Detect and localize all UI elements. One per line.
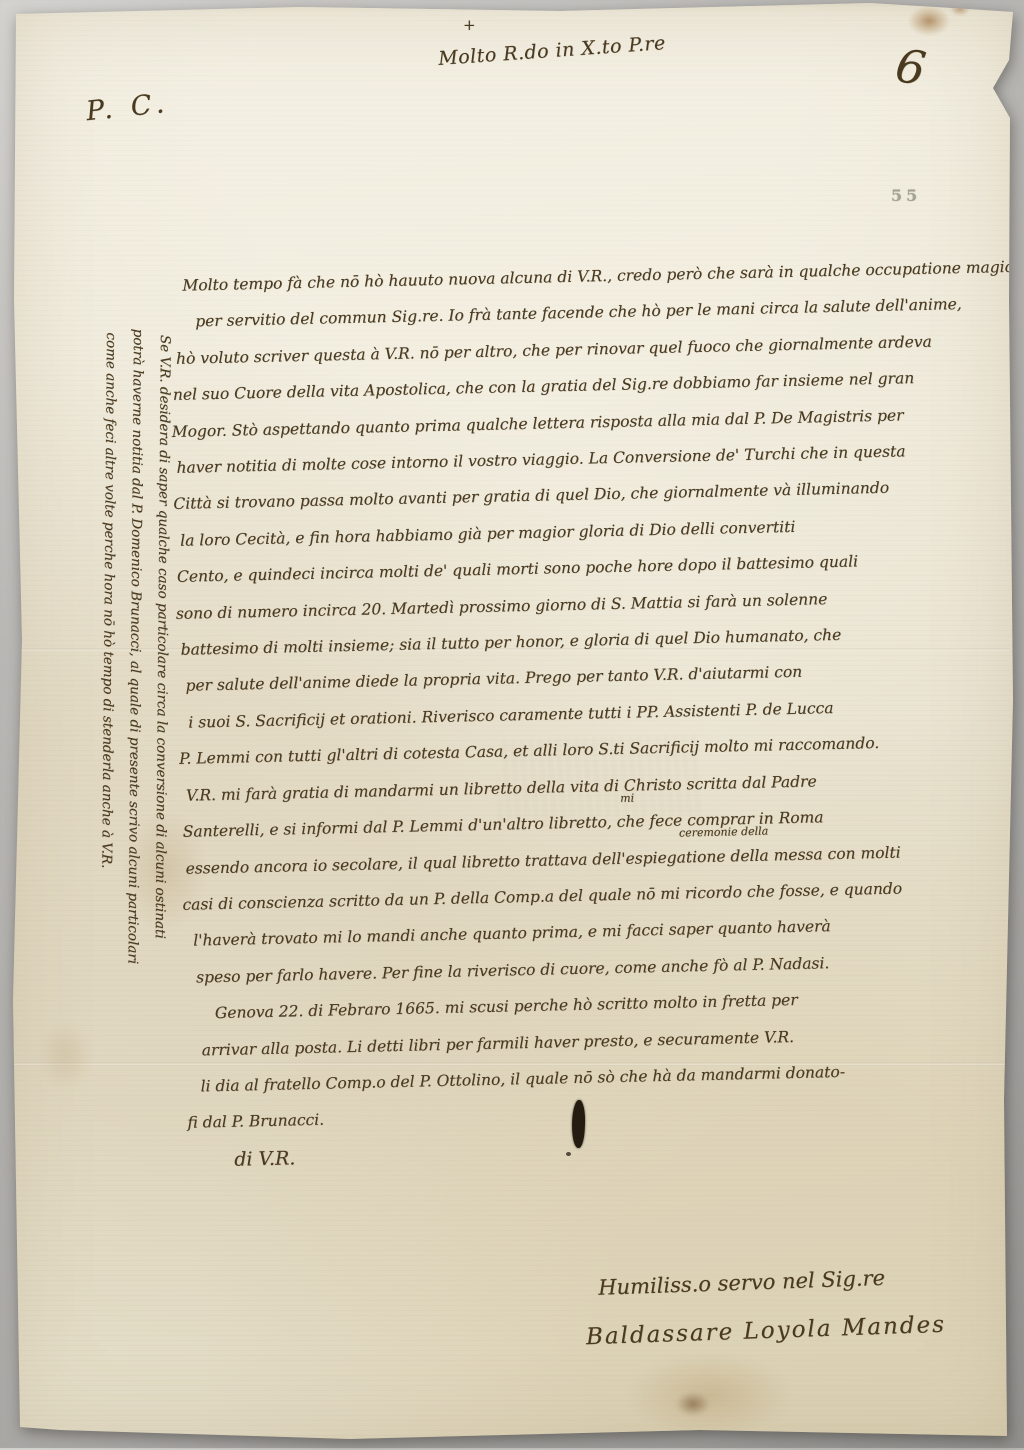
stain-top-right-small: [950, 2, 970, 16]
closing-salute: Humiliss.o servo nel Sig.re: [598, 1264, 945, 1300]
stain-top-right: [908, 6, 950, 36]
edge-mark: [0, 452, 9, 455]
letter-body: Molto tempo fà che nō hò hauuto nuova al…: [168, 249, 1024, 1172]
margin-note: Se V.R. desidera di saper qualche caso p…: [89, 334, 178, 1170]
signature: Baldassare Loyola Mandes: [585, 1312, 946, 1351]
closing-block: Humiliss.o servo nel Sig.re Baldassare L…: [584, 1264, 947, 1351]
stain-bottom-dark: [676, 1392, 710, 1416]
ink-dot-stain: [566, 1152, 571, 1156]
scan-background: + Molto R.do in X.to P.re 6 P. C. 55 Mol…: [0, 0, 1024, 1448]
interlinear-note-mi: mi: [620, 792, 634, 805]
inventory-stamp: 55: [891, 186, 921, 205]
letter-page: + Molto R.do in X.to P.re 6 P. C. 55 Mol…: [0, 0, 1024, 1448]
cross-mark: +: [463, 16, 476, 34]
stain-bottom: [600, 1340, 820, 1448]
interlinear-note-ceremonie: ceremonie della: [679, 825, 769, 840]
page-number: 6: [892, 38, 929, 96]
salutation: Molto R.do in X.to P.re: [438, 32, 667, 70]
greeting-pax-christi: P. C.: [85, 88, 171, 128]
